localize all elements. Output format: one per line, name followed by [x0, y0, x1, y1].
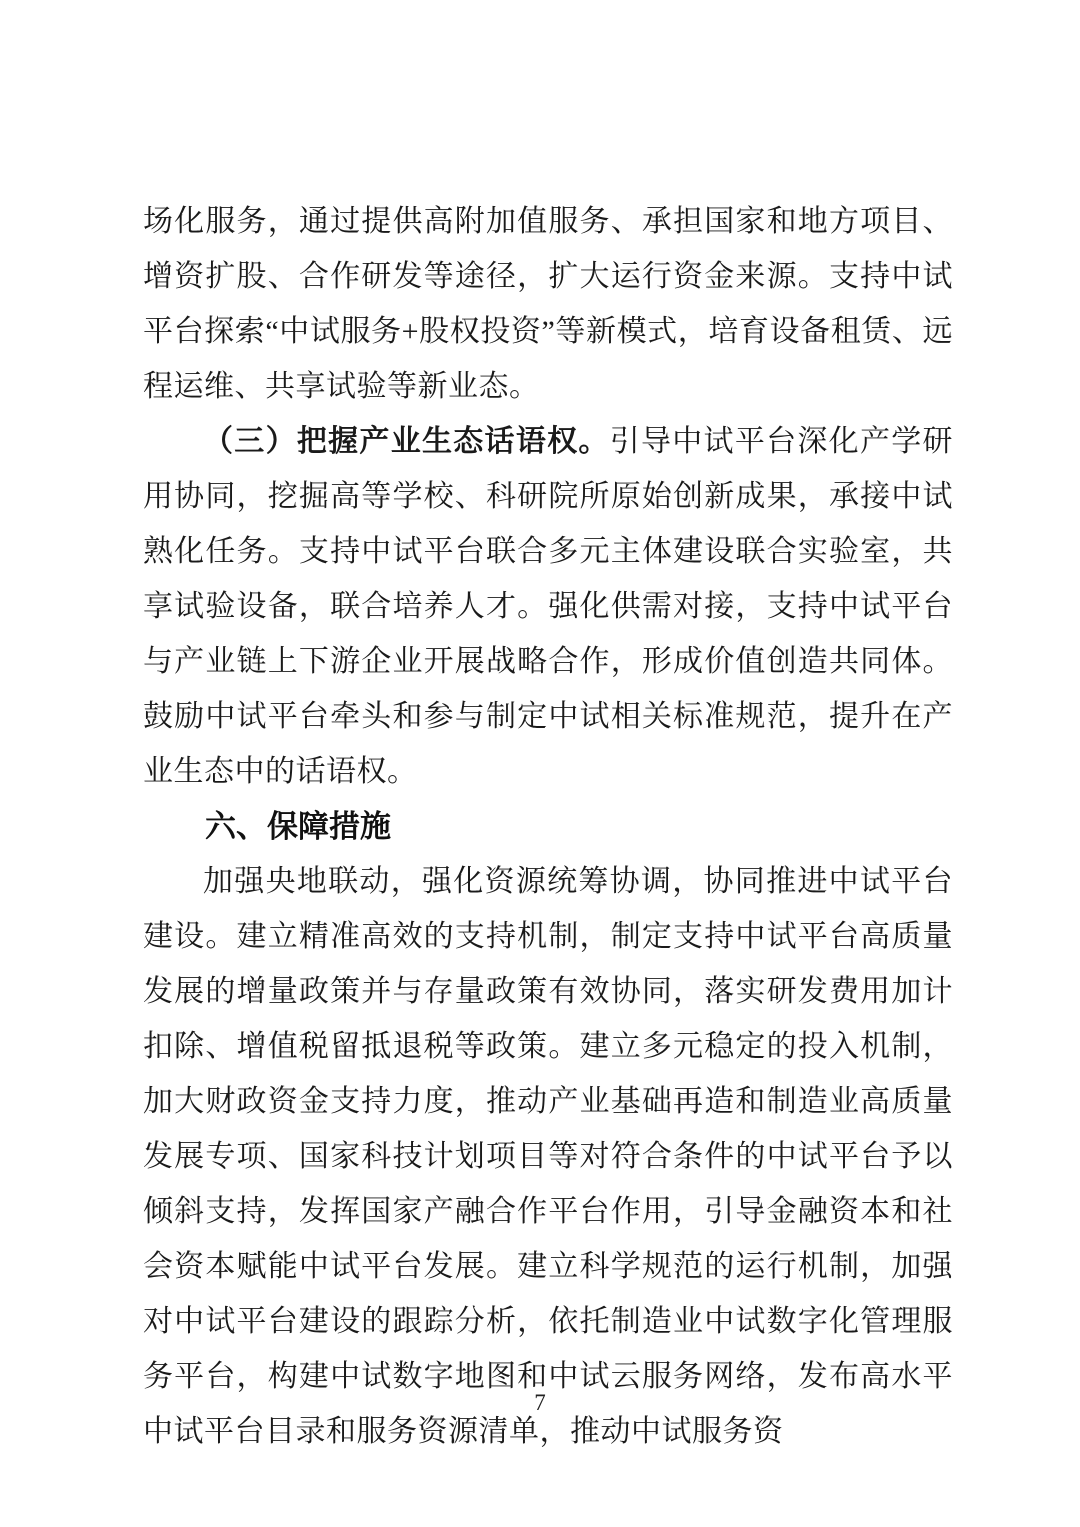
- section-3-lead: （三）把握产业生态话语权。: [203, 425, 610, 458]
- section-6-heading: 六、保障措施: [143, 799, 953, 854]
- section-3-paragraph: （三）把握产业生态话语权。引导中试平台深化产学研用协同，挖掘高等学校、科研院所原…: [143, 414, 953, 799]
- paragraph-continuation: 场化服务，通过提供高附加值服务、承担国家和地方项目、增资扩股、合作研发等途径，扩…: [143, 194, 953, 414]
- section-3-body: 引导中试平台深化产学研用协同，挖掘高等学校、科研院所原始创新成果，承接中试熟化任…: [143, 425, 953, 788]
- page-footer: 7: [0, 1388, 1080, 1418]
- page-number: 7: [534, 1390, 546, 1415]
- document-page: 场化服务，通过提供高附加值服务、承担国家和地方项目、增资扩股、合作研发等途径，扩…: [0, 0, 1080, 1527]
- document-content: 场化服务，通过提供高附加值服务、承担国家和地方项目、增资扩股、合作研发等途径，扩…: [143, 194, 953, 1459]
- section-6-paragraph: 加强央地联动，强化资源统筹协调，协同推进中试平台建设。建立精准高效的支持机制，制…: [143, 854, 953, 1459]
